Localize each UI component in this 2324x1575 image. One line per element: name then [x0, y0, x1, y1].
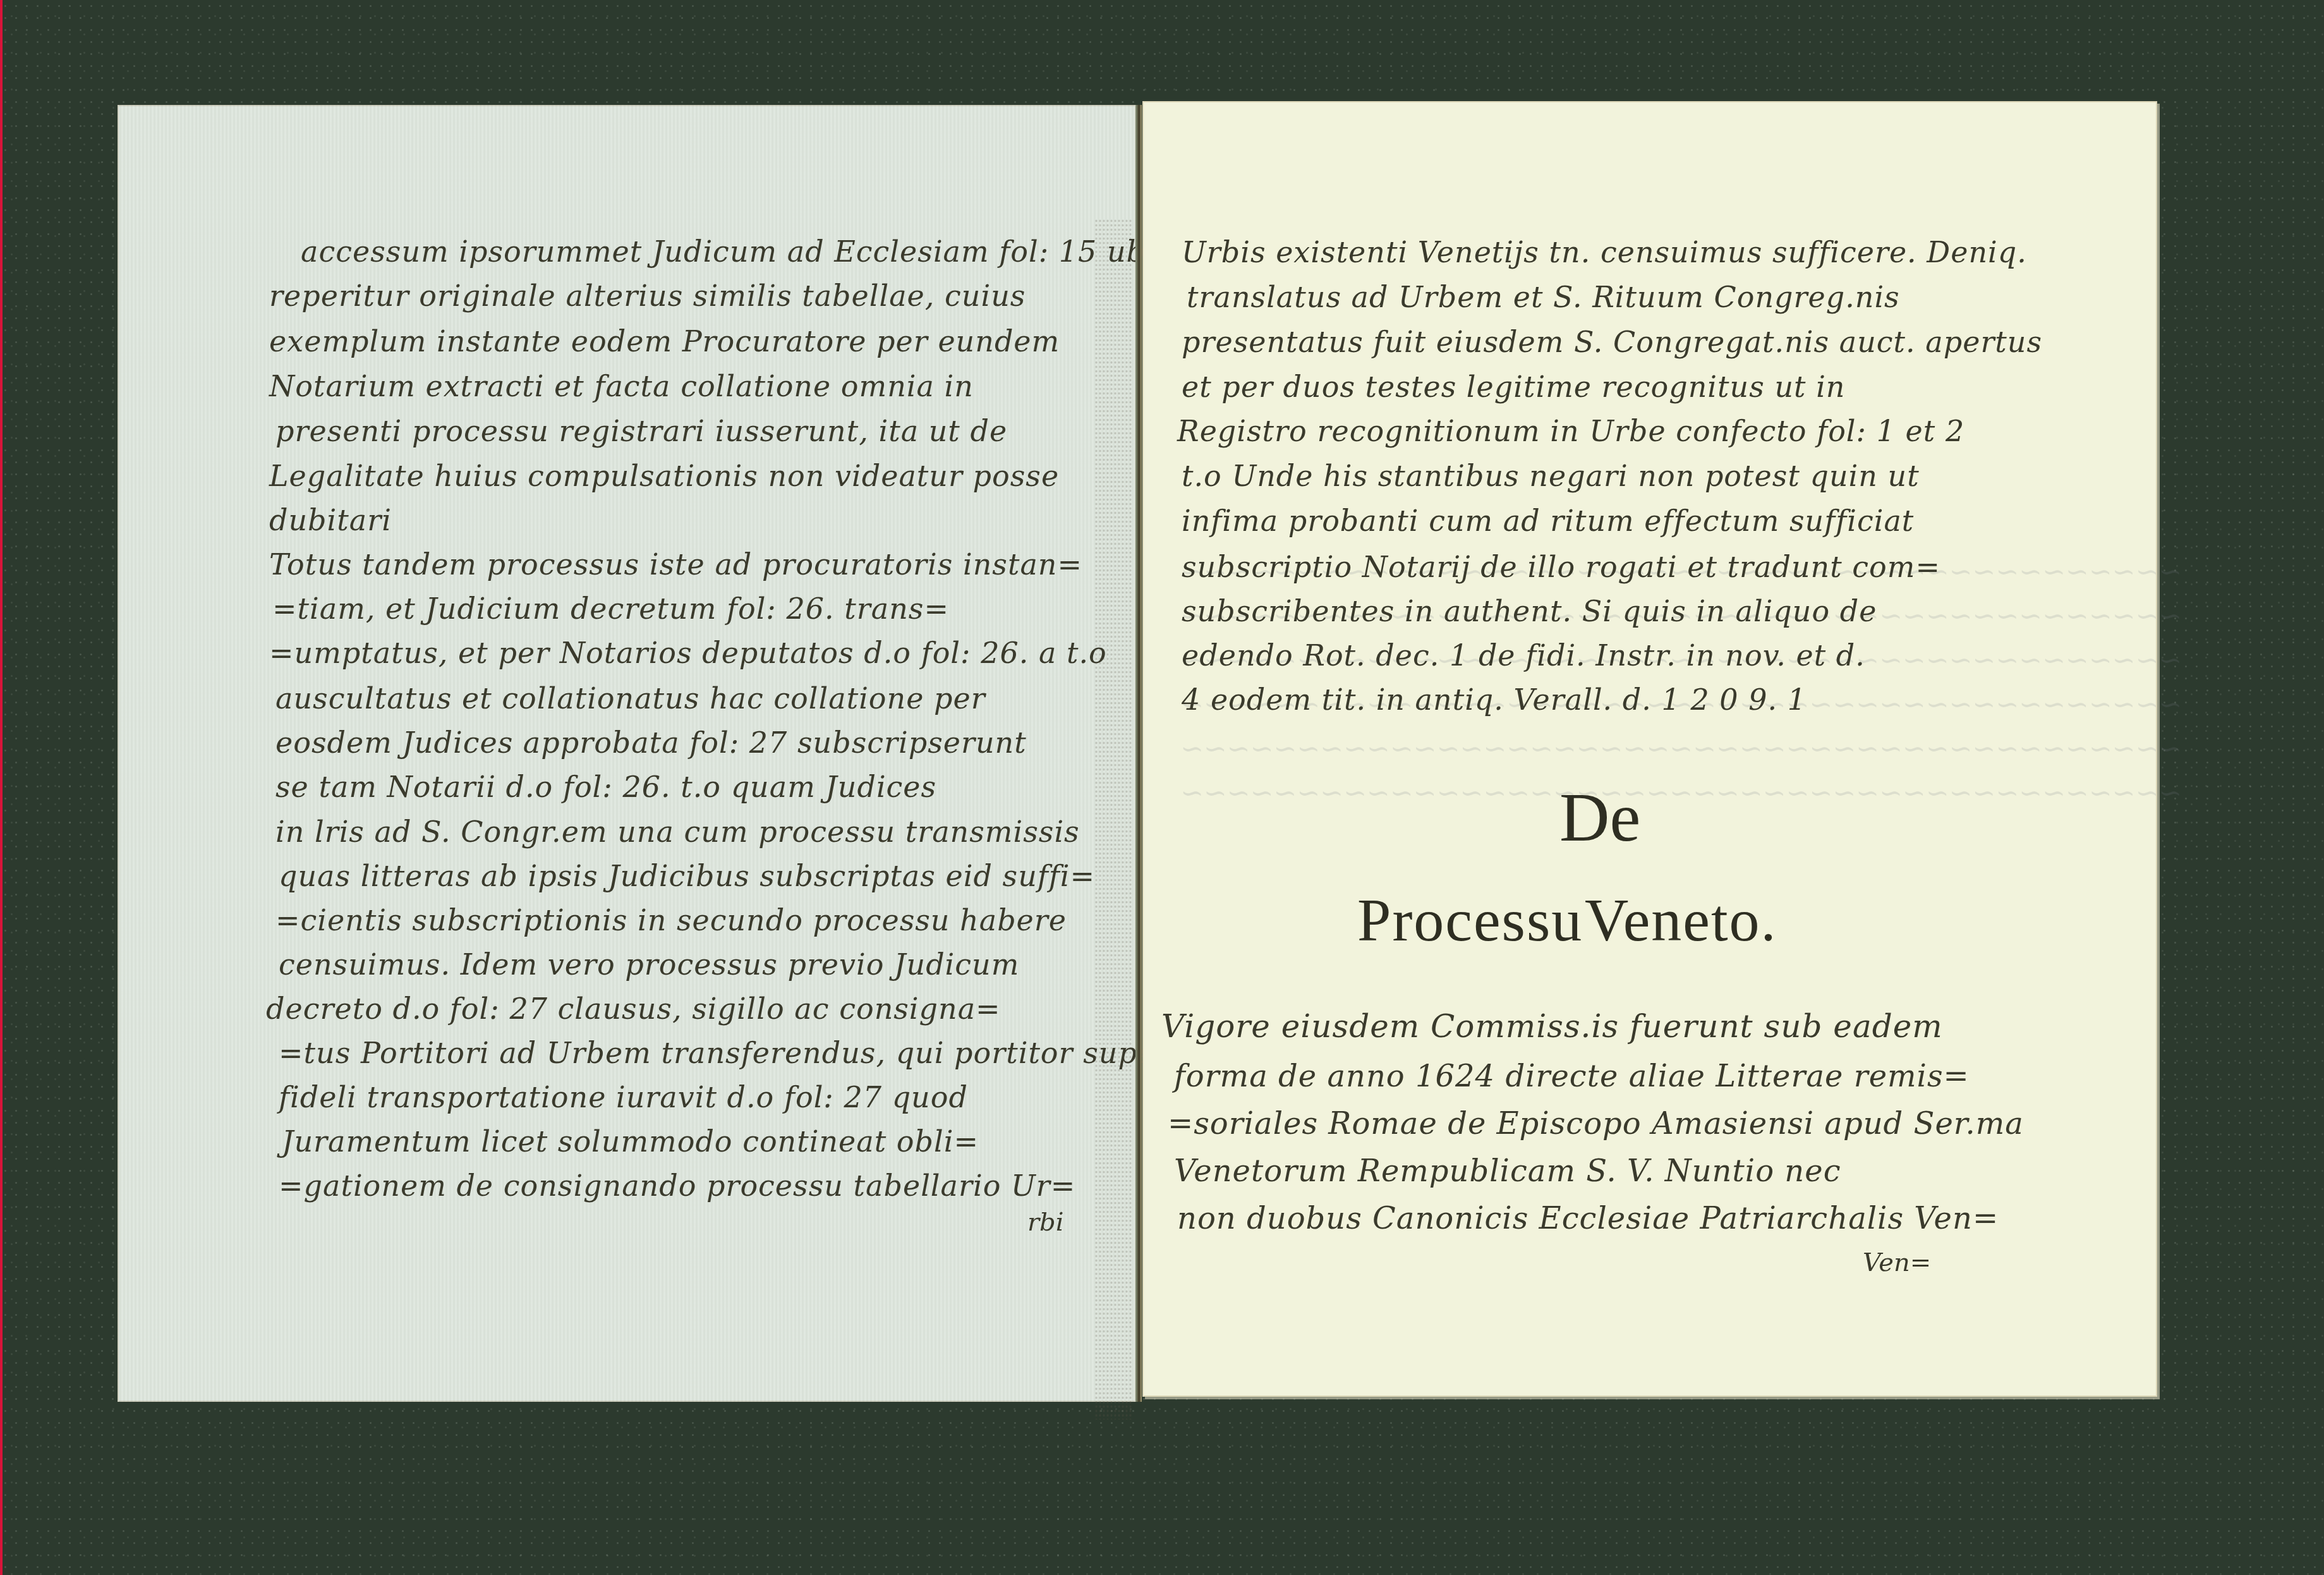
- scan-edge-strip: [0, 0, 3, 1575]
- right-catchword: Ven=: [1863, 1248, 1931, 1277]
- left-line-20: fideli transportatione iuravit d.o fol: …: [279, 1080, 968, 1114]
- left-line-6: Legalitate huius compulsationis non vide…: [269, 459, 1059, 493]
- left-line-12: eosdem Judices approbata fol: 27 subscri…: [275, 726, 1027, 760]
- right-para-line-5: non duobus Canonicis Ecclesiae Patriarch…: [1177, 1201, 1999, 1236]
- left-line-9: =tiam, et Judicium decretum fol: 26. tra…: [272, 592, 949, 626]
- left-line-14: in lris ad S. Congr.em una cum processu …: [275, 815, 1080, 849]
- left-catchword: rbi: [1027, 1208, 1064, 1237]
- left-line-3: exemplum instante eodem Procuratore per …: [269, 324, 1060, 358]
- book-gutter: [1135, 105, 1142, 1402]
- left-line-22: =gationem de consignando processu tabell…: [279, 1169, 1075, 1203]
- left-line-8: Totus tandem processus iste ad procurato…: [269, 547, 1082, 581]
- left-line-15: quas litteras ab ipsis Judicibus subscri…: [279, 859, 1095, 893]
- left-line-18: decreto d.o fol: 27 clausus, sigillo ac …: [266, 992, 1001, 1026]
- left-line-4: Notarium extracti et facta collatione om…: [269, 369, 974, 403]
- right-para-line-1: Vigore eiusdem Commiss.is fuerunt sub ea…: [1161, 1008, 1943, 1045]
- left-line-11: auscultatus et collationatus hac collati…: [275, 681, 986, 715]
- left-line-10: =umptatus, et per Notarios deputatos d.o…: [269, 636, 1107, 670]
- left-page: accessum ipsorummet Judicum ad Ecclesiam…: [118, 105, 1136, 1402]
- right-para-line-4: Venetorum Rempublicam S. V. Nuntio nec: [1174, 1153, 1841, 1189]
- left-page-text: accessum ipsorummet Judicum ad Ecclesiam…: [118, 105, 1136, 1402]
- left-line-13: se tam Notarii d.o fol: 26. t.o quam Jud…: [275, 770, 936, 804]
- left-line-19: =tus Portitori ad Urbem transferendus, q…: [279, 1036, 1170, 1070]
- left-line-2: reperitur originale alterius similis tab…: [269, 279, 1026, 313]
- left-line-5: presenti processu registrari iusserunt, …: [275, 414, 1007, 448]
- right-para-line-3: =soriales Romae de Episcopo Amasiensi ap…: [1168, 1106, 2024, 1141]
- right-para-line-2: forma de anno 1624 directe aliae Littera…: [1174, 1059, 1970, 1094]
- left-line-21: Juramentum licet solummodo contineat obl…: [282, 1124, 979, 1158]
- right-page: ~~~~~~~~~~~~~~~~~~~~~~~~~~~~~~~~~~~~~~~~…: [1142, 101, 2157, 1397]
- left-line-7: dubitari: [269, 503, 392, 537]
- right-page-paragraph: Vigore eiusdem Commiss.is fuerunt sub ea…: [1142, 101, 2157, 1397]
- left-line-16: =cientis subscriptionis in secundo proce…: [275, 903, 1067, 937]
- left-line-17: censuimus. Idem vero processus previo Ju…: [279, 947, 1019, 982]
- left-line-1: accessum ipsorummet Judicum ad Ecclesiam…: [301, 234, 1156, 269]
